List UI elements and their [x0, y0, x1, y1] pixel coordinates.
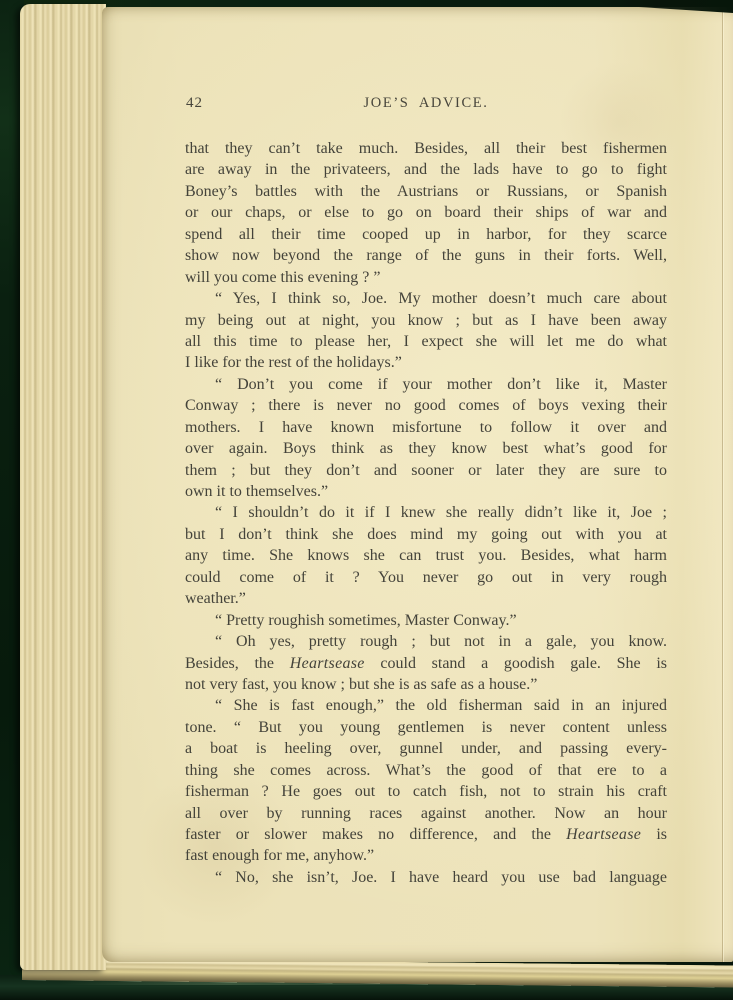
- page-crease: [722, 7, 723, 962]
- body-text: thing she comes across. What’s the good …: [185, 762, 667, 779]
- text-line: could come of it ? You never go out in v…: [185, 567, 667, 588]
- text-line: not very fast, you know ; but she is as …: [185, 674, 667, 695]
- text-line: all over by running races against anothe…: [185, 803, 667, 824]
- text-line: Boney’s battles with the Austrians or Ru…: [185, 181, 667, 202]
- page-number: 42: [186, 95, 203, 112]
- body-text: my being out at night, you know ; but as…: [185, 312, 667, 329]
- text-line: “ Oh yes, pretty rough ; but not in a ga…: [185, 631, 667, 652]
- text-line: thing she comes across. What’s the good …: [185, 760, 667, 781]
- body-text: are away in the privateers, and the lads…: [185, 161, 667, 178]
- body-text: that they can’t take much. Besides, all …: [185, 140, 667, 157]
- page-text: that they can’t take much. Besides, all …: [185, 138, 667, 888]
- text-line: over again. Boys think as they know best…: [185, 438, 667, 459]
- text-line: “ Yes, I think so, Joe. My mother doesn’…: [185, 288, 667, 309]
- body-text: them ; but they don’t and sooner or late…: [185, 462, 667, 479]
- paragraph: “ No, she isn’t, Joe. I have heard you u…: [185, 867, 667, 888]
- body-text: “ Pretty roughish sometimes, Master Conw…: [215, 612, 517, 629]
- body-text: “ I shouldn’t do it if I knew she really…: [215, 504, 667, 521]
- text-line: will you come this evening ? ”: [185, 267, 667, 288]
- body-text: any time. She knows she can trust you. B…: [185, 547, 667, 564]
- paragraph: “ She is fast enough,” the old fisherman…: [185, 695, 667, 867]
- body-text: will you come this evening ? ”: [185, 269, 381, 286]
- italic-text: Heartsease: [566, 826, 641, 843]
- body-text: all over by running races against anothe…: [185, 805, 667, 822]
- text-line: that they can’t take much. Besides, all …: [185, 138, 667, 159]
- page-edges-left: [20, 4, 106, 970]
- paragraph: “ Don’t you come if your mother don’t li…: [185, 374, 667, 503]
- body-text: over again. Boys think as they know best…: [185, 440, 667, 457]
- text-line: any time. She knows she can trust you. B…: [185, 545, 667, 566]
- text-line: but I don’t think she does mind my going…: [185, 524, 667, 545]
- text-line: tone. “ But you young gentlemen is never…: [185, 717, 667, 738]
- body-text: Besides, the: [185, 655, 290, 672]
- page-header: 42 JOE’S ADVICE.: [185, 95, 667, 117]
- text-line: my being out at night, you know ; but as…: [185, 310, 667, 331]
- text-line: spend all their time cooped up in harbor…: [185, 224, 667, 245]
- body-text: own it to themselves.”: [185, 483, 328, 500]
- body-text: “ She is fast enough,” the old fisherman…: [215, 697, 667, 714]
- paragraph: “ I shouldn’t do it if I knew she really…: [185, 502, 667, 609]
- body-text: “ Yes, I think so, Joe. My mother doesn’…: [215, 290, 667, 307]
- text-line: I like for the rest of the holidays.”: [185, 352, 667, 373]
- body-text: could come of it ? You never go out in v…: [185, 569, 667, 586]
- text-line: Conway ; there is never no good comes of…: [185, 395, 667, 416]
- book-photo: 42 JOE’S ADVICE. that they can’t take mu…: [0, 0, 733, 1000]
- body-text: a boat is heeling over, gunnel under, an…: [185, 740, 667, 757]
- paragraph: that they can’t take much. Besides, all …: [185, 138, 667, 288]
- page-content: 42 JOE’S ADVICE. that they can’t take mu…: [185, 7, 667, 888]
- body-text: Conway ; there is never no good comes of…: [185, 397, 667, 414]
- body-text: faster or slower makes no difference, an…: [185, 826, 566, 843]
- body-text: weather.”: [185, 590, 246, 607]
- text-line: all this time to please her, I expect sh…: [185, 331, 667, 352]
- text-line: fisherman ? He goes out to catch fish, n…: [185, 781, 667, 802]
- body-text: is: [641, 826, 667, 843]
- body-text: not very fast, you know ; but she is as …: [185, 676, 537, 693]
- paragraph: “ Pretty roughish sometimes, Master Conw…: [185, 610, 667, 631]
- body-text: “ No, she isn’t, Joe. I have heard you u…: [215, 869, 667, 886]
- running-title: JOE’S ADVICE.: [185, 95, 667, 112]
- body-text: “ Oh yes, pretty rough ; but not in a ga…: [215, 633, 667, 650]
- text-line: fast enough for me, anyhow.”: [185, 845, 667, 866]
- body-text: mothers. I have known misfortune to foll…: [185, 419, 667, 436]
- text-line: them ; but they don’t and sooner or late…: [185, 460, 667, 481]
- body-text: show now beyond the range of the guns in…: [185, 247, 667, 264]
- body-text: fast enough for me, anyhow.”: [185, 847, 374, 864]
- body-text: “ Don’t you come if your mother don’t li…: [215, 376, 667, 393]
- text-line: weather.”: [185, 588, 667, 609]
- body-text: could stand a goodish gale. She is: [365, 655, 667, 672]
- book-page: 42 JOE’S ADVICE. that they can’t take mu…: [102, 7, 733, 962]
- body-text: tone. “ But you young gentlemen is never…: [185, 719, 667, 736]
- text-line: “ She is fast enough,” the old fisherman…: [185, 695, 667, 716]
- text-line: Besides, the Heartsease could stand a go…: [185, 653, 667, 674]
- italic-text: Heartsease: [290, 655, 365, 672]
- paragraph: “ Yes, I think so, Joe. My mother doesn’…: [185, 288, 667, 374]
- text-line: “ No, she isn’t, Joe. I have heard you u…: [185, 867, 667, 888]
- body-text: but I don’t think she does mind my going…: [185, 526, 667, 543]
- text-line: “ Pretty roughish sometimes, Master Conw…: [185, 610, 667, 631]
- text-line: are away in the privateers, and the lads…: [185, 159, 667, 180]
- paragraph: “ Oh yes, pretty rough ; but not in a ga…: [185, 631, 667, 695]
- text-line: a boat is heeling over, gunnel under, an…: [185, 738, 667, 759]
- body-text: all this time to please her, I expect sh…: [185, 333, 667, 350]
- text-line: “ I shouldn’t do it if I knew she really…: [185, 502, 667, 523]
- text-line: or our chaps, or else to go on board the…: [185, 202, 667, 223]
- text-line: show now beyond the range of the guns in…: [185, 245, 667, 266]
- text-line: own it to themselves.”: [185, 481, 667, 502]
- body-text: spend all their time cooped up in harbor…: [185, 226, 667, 243]
- text-line: mothers. I have known misfortune to foll…: [185, 417, 667, 438]
- text-line: faster or slower makes no difference, an…: [185, 824, 667, 845]
- body-text: Boney’s battles with the Austrians or Ru…: [185, 183, 667, 200]
- body-text: or our chaps, or else to go on board the…: [185, 204, 667, 221]
- text-line: “ Don’t you come if your mother don’t li…: [185, 374, 667, 395]
- body-text: I like for the rest of the holidays.”: [185, 354, 402, 371]
- body-text: fisherman ? He goes out to catch fish, n…: [185, 783, 667, 800]
